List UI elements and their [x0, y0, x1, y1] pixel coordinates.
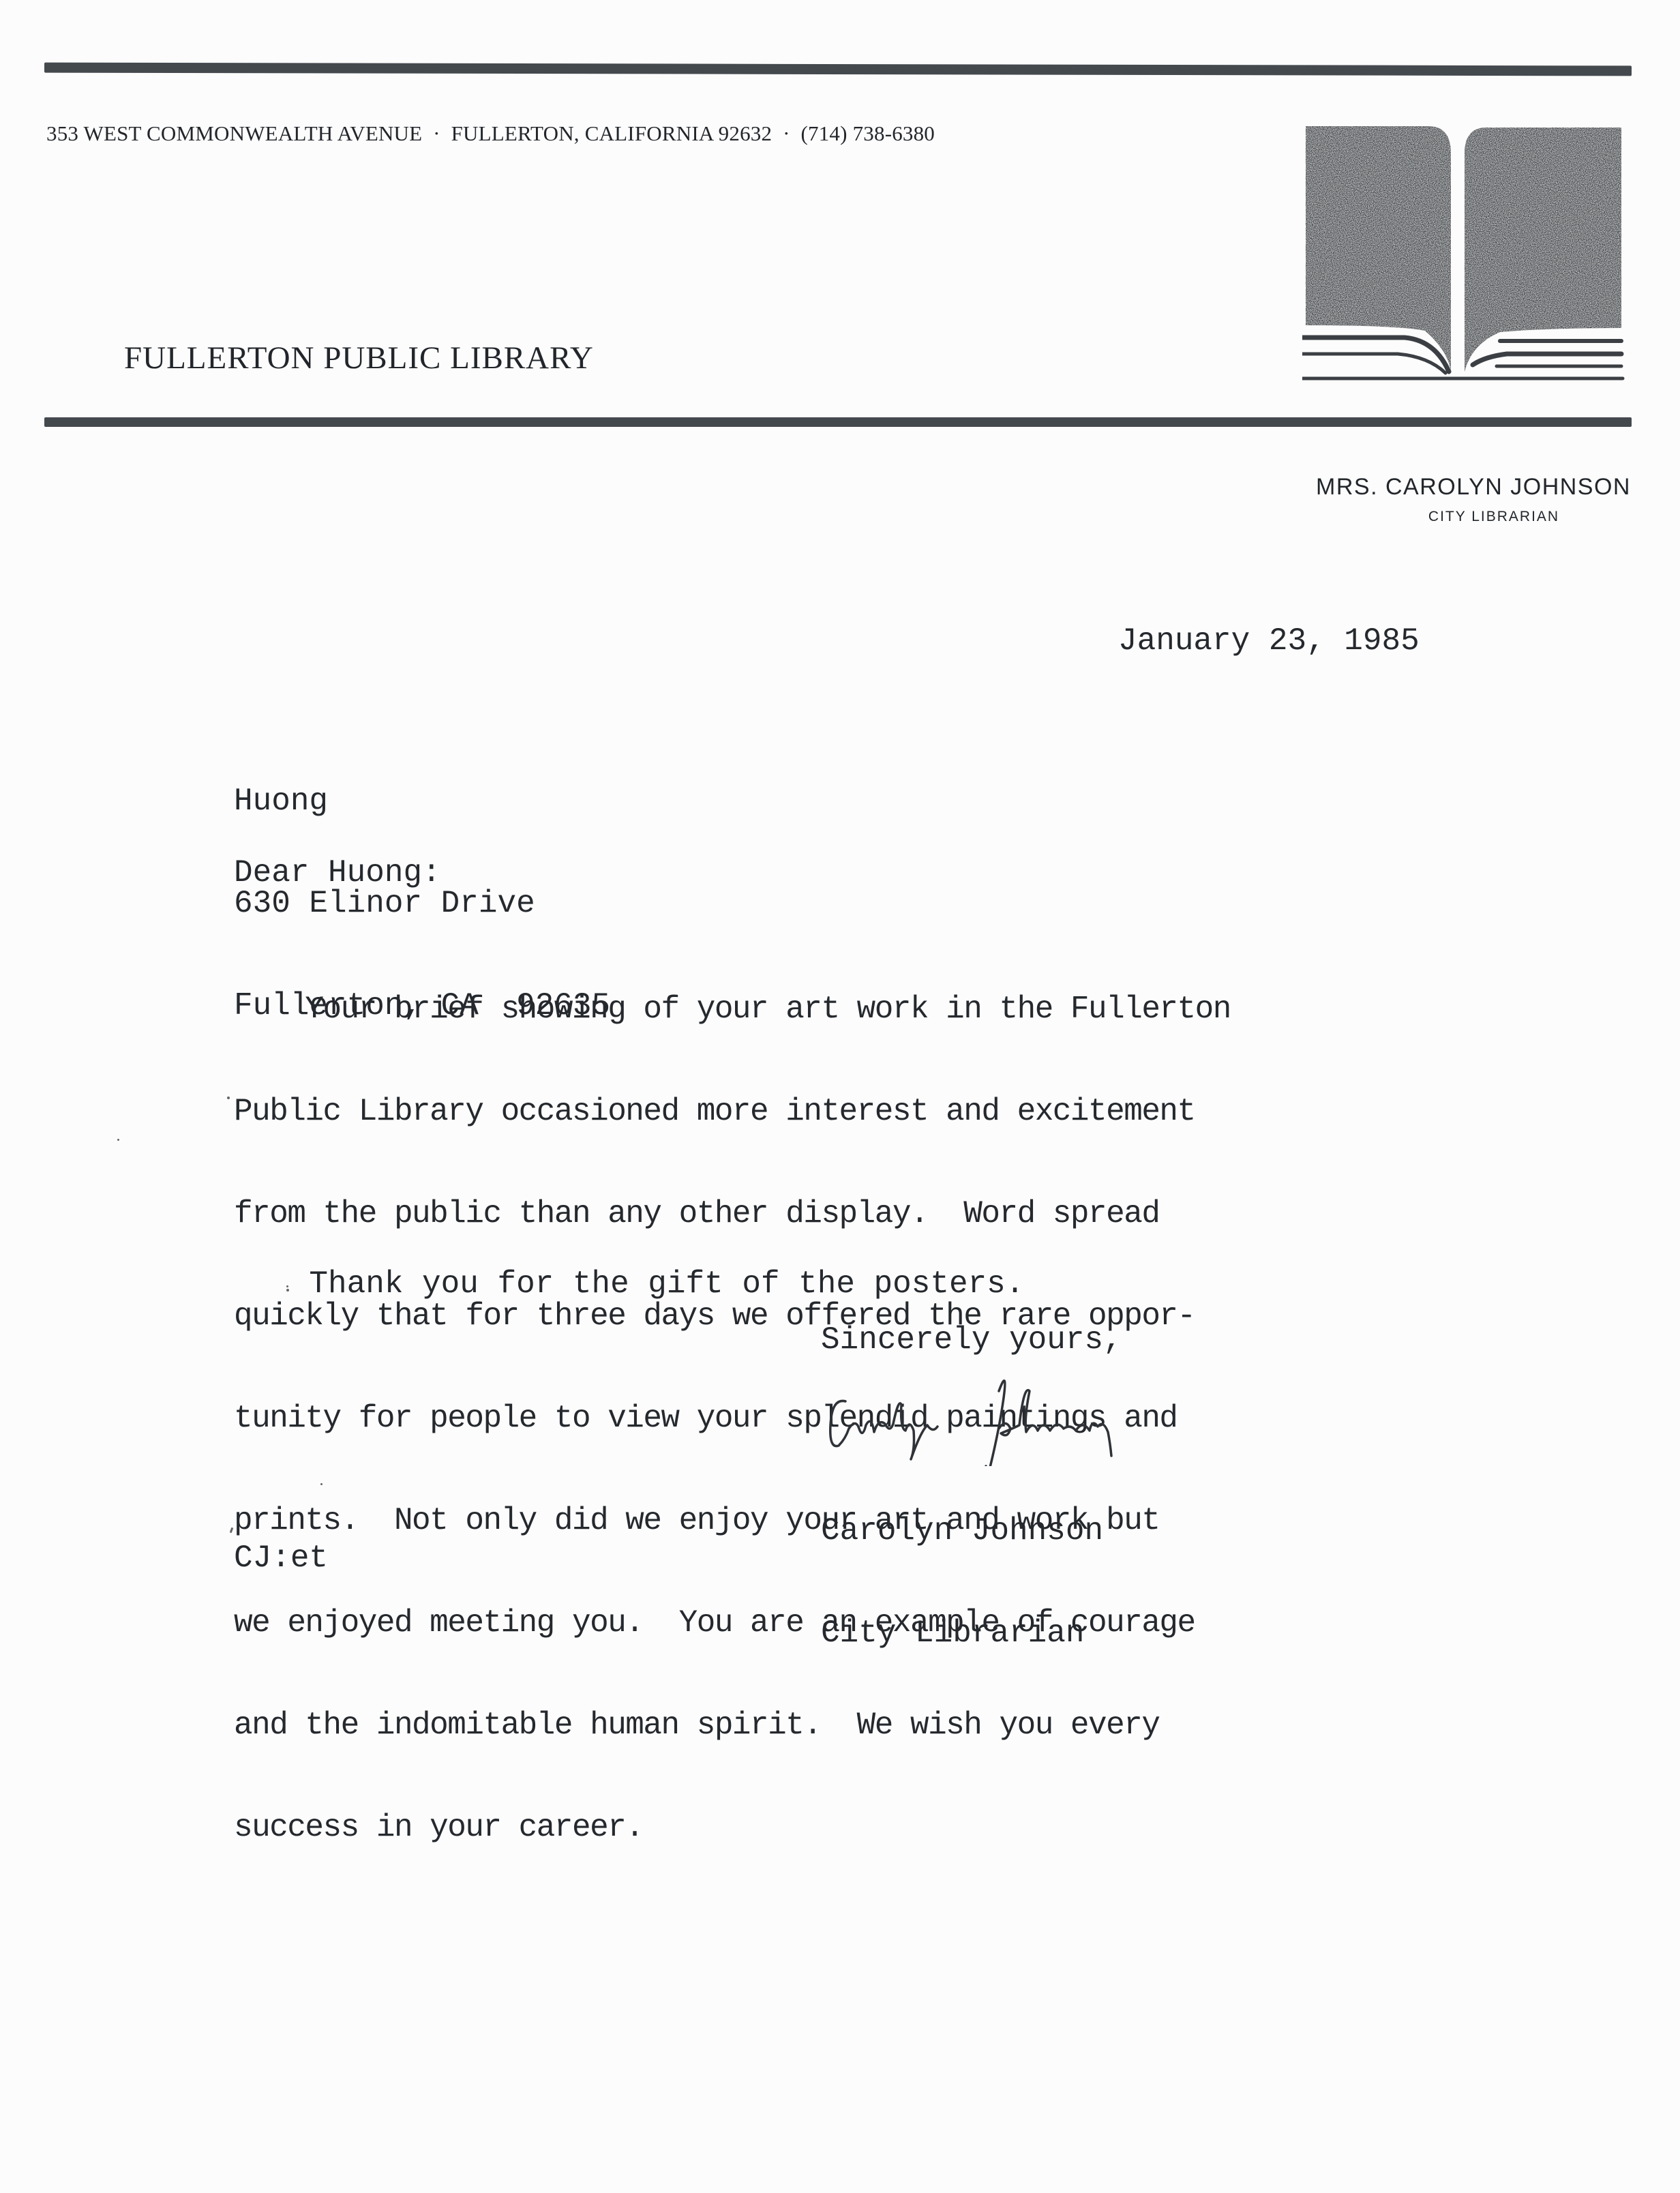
scan-speck: [227, 1096, 230, 1099]
letterhead-person-title: CITY LIBRARIAN: [1357, 509, 1631, 525]
letter-date: January 23, 1985: [1118, 624, 1420, 658]
body-line: Your brief showing of your art work in t…: [234, 992, 1231, 1026]
scan-speck: [117, 1139, 119, 1141]
recipient-name: Huong: [234, 784, 610, 818]
letterhead-bottom-rule: [44, 417, 1632, 427]
reference-initials: CJ:et: [234, 1541, 328, 1575]
body-line: and the indomitable human spirit. We wis…: [234, 1708, 1231, 1742]
letterhead-person: MRS. CAROLYN JOHNSON CITY LIBRARIAN: [1316, 474, 1631, 525]
letterhead-top-rule: [44, 63, 1632, 76]
scan-speck: [286, 1285, 288, 1287]
body-line: success in your career.: [234, 1810, 1231, 1845]
signer-name: Carolyn Johnson: [821, 1514, 1103, 1548]
signer-title: City Librarian: [821, 1616, 1103, 1650]
signature-block: Carolyn Johnson City Librarian: [821, 1446, 1103, 1684]
letterhead-person-name: MRS. CAROLYN JOHNSON: [1316, 474, 1631, 501]
recipient-street: 630 Elinor Drive: [234, 886, 610, 921]
body-line: Public Library occasioned more interest …: [234, 1094, 1231, 1129]
letterhead-organization: FULLERTON PUBLIC LIBRARY: [124, 340, 594, 376]
scan-speck: [230, 1527, 234, 1534]
open-book-icon: [1302, 126, 1630, 392]
scan-speck: [286, 1289, 289, 1292]
letterhead-address: 353 WEST COMMONWEALTH AVENUE · FULLERTON…: [46, 121, 935, 146]
scan-speck: [320, 1483, 322, 1485]
salutation: Dear Huong:: [234, 856, 441, 890]
closing-paragraph: Thank you for the gift of the posters.: [234, 1267, 1024, 1301]
body-line: from the public than any other display. …: [234, 1197, 1231, 1231]
complimentary-close: Sincerely yours,: [821, 1323, 1122, 1357]
